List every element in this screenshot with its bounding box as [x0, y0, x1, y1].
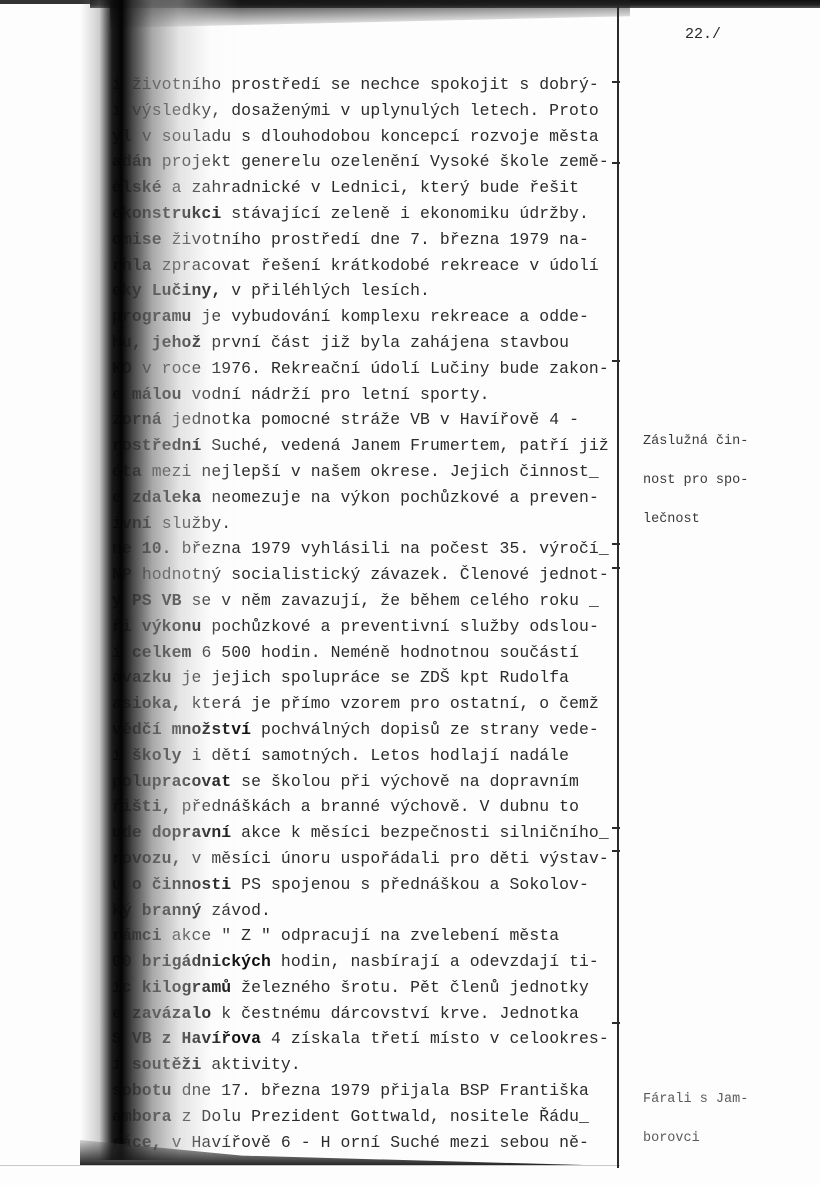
rule-tick [612, 850, 620, 852]
margin-note-farali-s-jamborovci: Fárali s Jam- borovci [643, 1067, 748, 1171]
text-line-body: se školou při výchově na dopravním [241, 772, 579, 791]
text-line-body: stávající zeleně i ekonomiku údržby. [231, 204, 589, 223]
text-line-body: železného šrotu. Pět členů jednotky [241, 978, 589, 997]
rule-tick [612, 543, 620, 545]
margin-note-zasluzna-cinnost: Záslužná čin- nost pro spo- lečnost [643, 409, 748, 552]
text-line-body: PS spojenou s přednáškou a Sokolov- [241, 875, 589, 894]
text-line-body: března 1979 vyhlásili na počest 35. výro… [182, 539, 609, 558]
text-line-body: v měsíci únoru uspořádali pro děti výsta… [192, 849, 609, 868]
text-line-body: akce k měsíci bezpečnosti silničního_ [241, 823, 609, 842]
margin-note-line: Fárali s Jam- [643, 1093, 748, 1106]
rule-tick [612, 1022, 620, 1024]
margin-note-line: lečnost [643, 513, 748, 526]
text-line-body: z Dolu Prezident Gottwald, nositele Řádu… [182, 1107, 589, 1126]
text-line-body: je vybudování komplexu rekreace a odde- [201, 307, 589, 326]
margin-note-line: borovci [643, 1132, 748, 1145]
page-bottom-edge [0, 1165, 620, 1166]
text-line-body: Suché, vedená Janem Frumertem, patří již [211, 436, 608, 455]
text-line-body: k čestnému dárcovství krve. Jednotka [221, 1004, 579, 1023]
rule-tick [612, 81, 620, 83]
margin-note-line: nost pro spo- [643, 474, 748, 487]
rule-tick [612, 827, 620, 829]
text-line-body: v přiléhlých lesích. [231, 281, 430, 300]
margin-column-rule [617, 6, 619, 1168]
rule-tick [612, 567, 620, 569]
text-line-body: přednáškách a branné výchově. V dubnu to [182, 797, 579, 816]
rule-tick [612, 162, 620, 164]
text-line-body: pochůzkové a preventivní služby odslou- [211, 617, 599, 636]
text-line-body: první část již byla zahájena stavbou [211, 333, 569, 352]
text-line-body: i dětí samotných. Letos hodlají nadále [192, 746, 570, 765]
page-number: 22./ [685, 26, 721, 43]
text-line-body: 6 500 hodin. Neméně hodnotnou součástí [201, 643, 579, 662]
book-spine-shadow [80, 0, 240, 1160]
text-line-body: dne 17. března 1979 přijala BSP Františk… [182, 1081, 589, 1100]
text-line-body: pochválných dopisů ze strany vede- [261, 720, 599, 739]
text-line-body: se v něm zavazují, že během celého roku … [192, 591, 599, 610]
rule-tick [612, 360, 620, 362]
text-line-body: která je přímo vzorem pro ostatní, o čem… [192, 694, 599, 713]
text-line-body: 4 získala třetí místo v celookres- [271, 1029, 609, 1048]
text-line-body: hodin, nasbírají a odevzdají ti- [281, 952, 599, 971]
text-line-body: neomezuje na výkon pochůzkové a preven- [211, 488, 599, 507]
margin-note-line: Záslužná čin- [643, 435, 748, 448]
scanned-page: í životního prostředí se nechce spokojit… [0, 0, 820, 1185]
